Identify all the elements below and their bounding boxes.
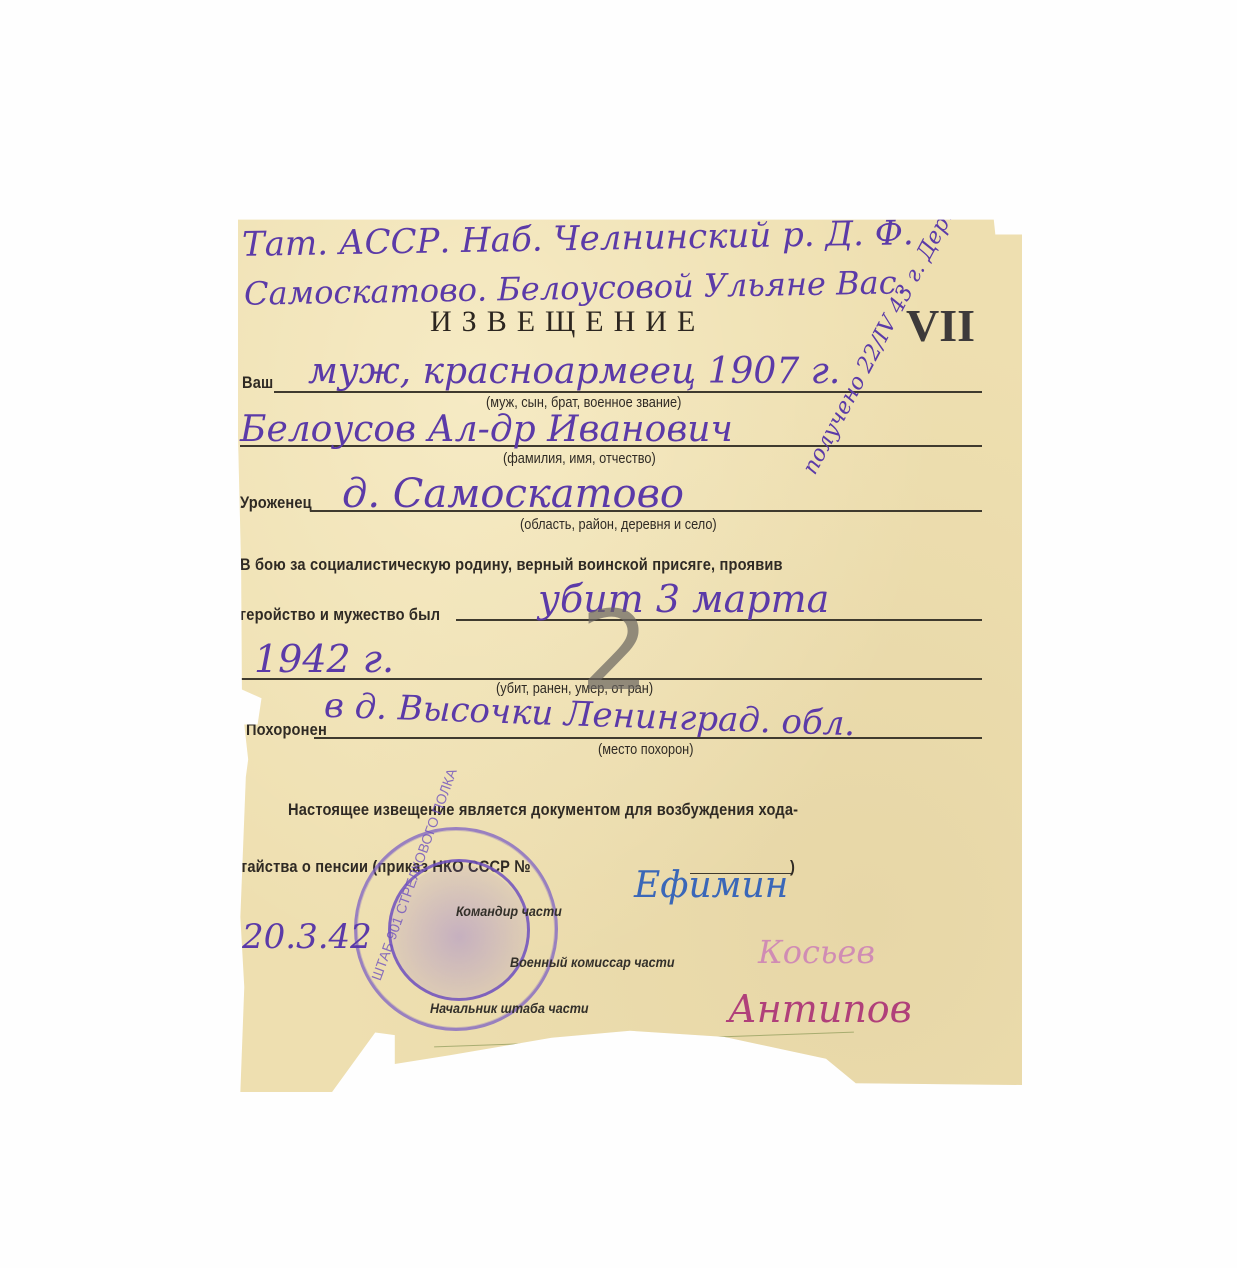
tear-edge-line: [434, 1032, 854, 1048]
birthplace-value: д. Самоскатово: [342, 471, 684, 517]
document-date: 20.3.42: [242, 917, 372, 957]
chief-of-staff-label: Начальник штаба части: [430, 1000, 589, 1016]
commissar-signature: Косьев: [758, 933, 875, 971]
document-title: ИЗВЕЩЕНИЕ: [430, 305, 705, 339]
notice-text-1: Настоящее извещение является документом …: [288, 800, 798, 820]
address-line-1: Тат. АССР. Наб. Челнинский р. Д. Ф.: [242, 213, 914, 265]
relation-label: Ваш: [242, 373, 273, 393]
name-value: Белоусов Ал-др Иванович: [240, 409, 733, 450]
burial-value: в д. Высочки Ленинград. обл.: [323, 686, 855, 745]
commissar-label: Военный комиссар части: [510, 954, 675, 970]
chief-of-staff-signature: Антипов: [728, 987, 912, 1031]
birthplace-label: Уроженец: [240, 493, 312, 513]
name-caption: (фамилия, имя, отчество): [503, 450, 656, 467]
heroism-value-2: 1942 г.: [254, 637, 394, 681]
margin-pencil-mark: VII: [906, 299, 975, 352]
commander-signature: Ефимин: [634, 865, 788, 906]
birthplace-caption: (область, район, деревня и село): [520, 516, 717, 533]
relation-value: муж, красноармеец 1907 г.: [308, 351, 840, 392]
burial-caption: (место похорон): [598, 741, 693, 758]
notification-document: Тат. АССР. Наб. Челнинский р. Д. Ф. Само…: [238, 217, 1022, 1092]
burial-field-line: [314, 737, 982, 739]
notice-text-2-end: ): [790, 857, 795, 877]
commander-label: Командир части: [456, 903, 562, 919]
heroism-label: геройство и мужество был: [240, 605, 440, 625]
battle-text: В бою за социалистическую родину, верный…: [240, 555, 783, 575]
